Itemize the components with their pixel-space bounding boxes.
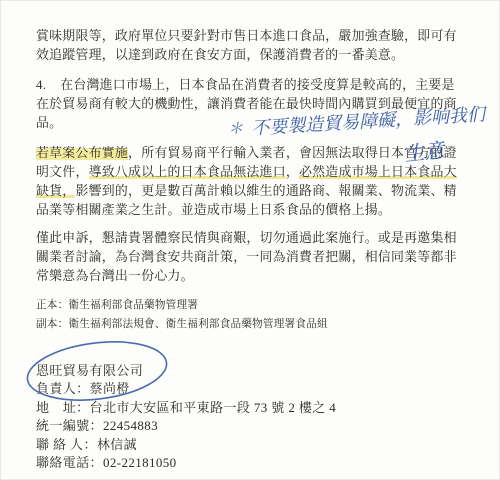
text-segment: ，所有貿易商平行輸入業者，會因無法取得日本官方的證 (128, 146, 457, 160)
sender-tax-id: 統一編號：22454883 (36, 417, 476, 435)
sender-contact: 聯 絡 人：林信誠 (36, 436, 476, 454)
underlined-text: 導致八成以上的日本食品無法進口 (89, 165, 286, 179)
underlined-text: 缺貨， (36, 184, 75, 198)
text-line: 品。 (36, 114, 476, 133)
text-line: 僅此申訴，懇請貴署體察民情與商艱，切勿通過此案施行。或是再邀集相 (36, 229, 476, 248)
sender-info: 恩旺貿易有限公司 負責人：蔡尚橙 地 址：台北市大安區和平東路一段 73 號 2… (36, 362, 476, 472)
text-segment: 明文件， (36, 165, 89, 179)
sender-company: 恩旺貿易有限公司 (36, 362, 476, 380)
underlined-text: 必然造成市場上日本食品大 (299, 165, 457, 179)
paragraph-draft-impact: 若草案公布實施，所有貿易商平行輸入業者，會因無法取得日本官方的證 明文件，導致八… (36, 144, 476, 220)
sender-owner: 負責人：蔡尚橙 (36, 380, 476, 398)
copy-recipients: 副本：衛生福利部法規會、衛生福利部食品藥物管理署食品組 (36, 316, 476, 335)
text-segment: 影響到的，更是數百萬計賴以維生的通路商、報關業、物流業、精 (75, 184, 456, 198)
text-line: 常樂意為台灣出一份心力。 (36, 267, 476, 286)
item-number: 4. (36, 76, 46, 95)
paragraph-food-safety: 賞味期限等，政府單位只要針對市售日本進口食品，嚴加強查驗，即可有 效追蹤管理，以… (36, 27, 476, 65)
scanned-complaint-letter: 賞味期限等，政府單位只要針對市售日本進口食品，嚴加強查驗，即可有 效追蹤管理，以… (0, 0, 500, 480)
distribution-list: 正本：衛生福利部食品藥物管理署 副本：衛生福利部法規會、衛生福利部食品藥物管理署… (36, 297, 476, 334)
text-line: 4.在台灣進口市場上，日本食品在消費者的接受度算是較高的，主要是 (36, 76, 476, 95)
highlighted-text: 若草案公布實施 (36, 146, 128, 160)
original-recipient: 正本：衛生福利部食品藥物管理署 (36, 297, 476, 316)
sender-address: 地 址：台北市大安區和平東路一段 73 號 2 樓之 4 (36, 399, 476, 417)
text-line: 缺貨，影響到的，更是數百萬計賴以維生的通路商、報關業、物流業、精 (36, 182, 476, 201)
text-line: 關業者討論，為台灣食安共商計策，一同為消費者把關，相信同業等都非 (36, 248, 476, 267)
text-segment: ， (286, 165, 299, 179)
text-line: 品業等相關產業之生計。並造成市場上日系食品的價格上揚。 (36, 201, 476, 220)
paragraph-item4: 4.在台灣進口市場上，日本食品在消費者的接受度算是較高的，主要是 在於貿易商有較… (36, 76, 476, 133)
text-line: 明文件，導致八成以上的日本食品無法進口，必然造成市場上日本食品大 (36, 163, 476, 182)
text-line: 在於貿易商有較大的機動性，讓消費者能在最快時間內購買到最便宜的商 (36, 95, 476, 114)
paragraph-appeal: 僅此申訴，懇請貴署體察民情與商艱，切勿通過此案施行。或是再邀集相 關業者討論，為… (36, 229, 476, 286)
sender-phone: 聯絡電話：02-22181050 (36, 454, 476, 472)
text-segment: 在台灣進口市場上，日本食品在消費者的接受度算是較高的，主要是 (60, 78, 454, 92)
text-line: 若草案公布實施，所有貿易商平行輸入業者，會因無法取得日本官方的證 (36, 144, 476, 163)
text-line: 效追蹤管理，以達到政府在食安方面，保護消費者的一番美意。 (36, 46, 476, 65)
text-line: 賞味期限等，政府單位只要針對市售日本進口食品，嚴加強查驗，即可有 (36, 27, 476, 46)
